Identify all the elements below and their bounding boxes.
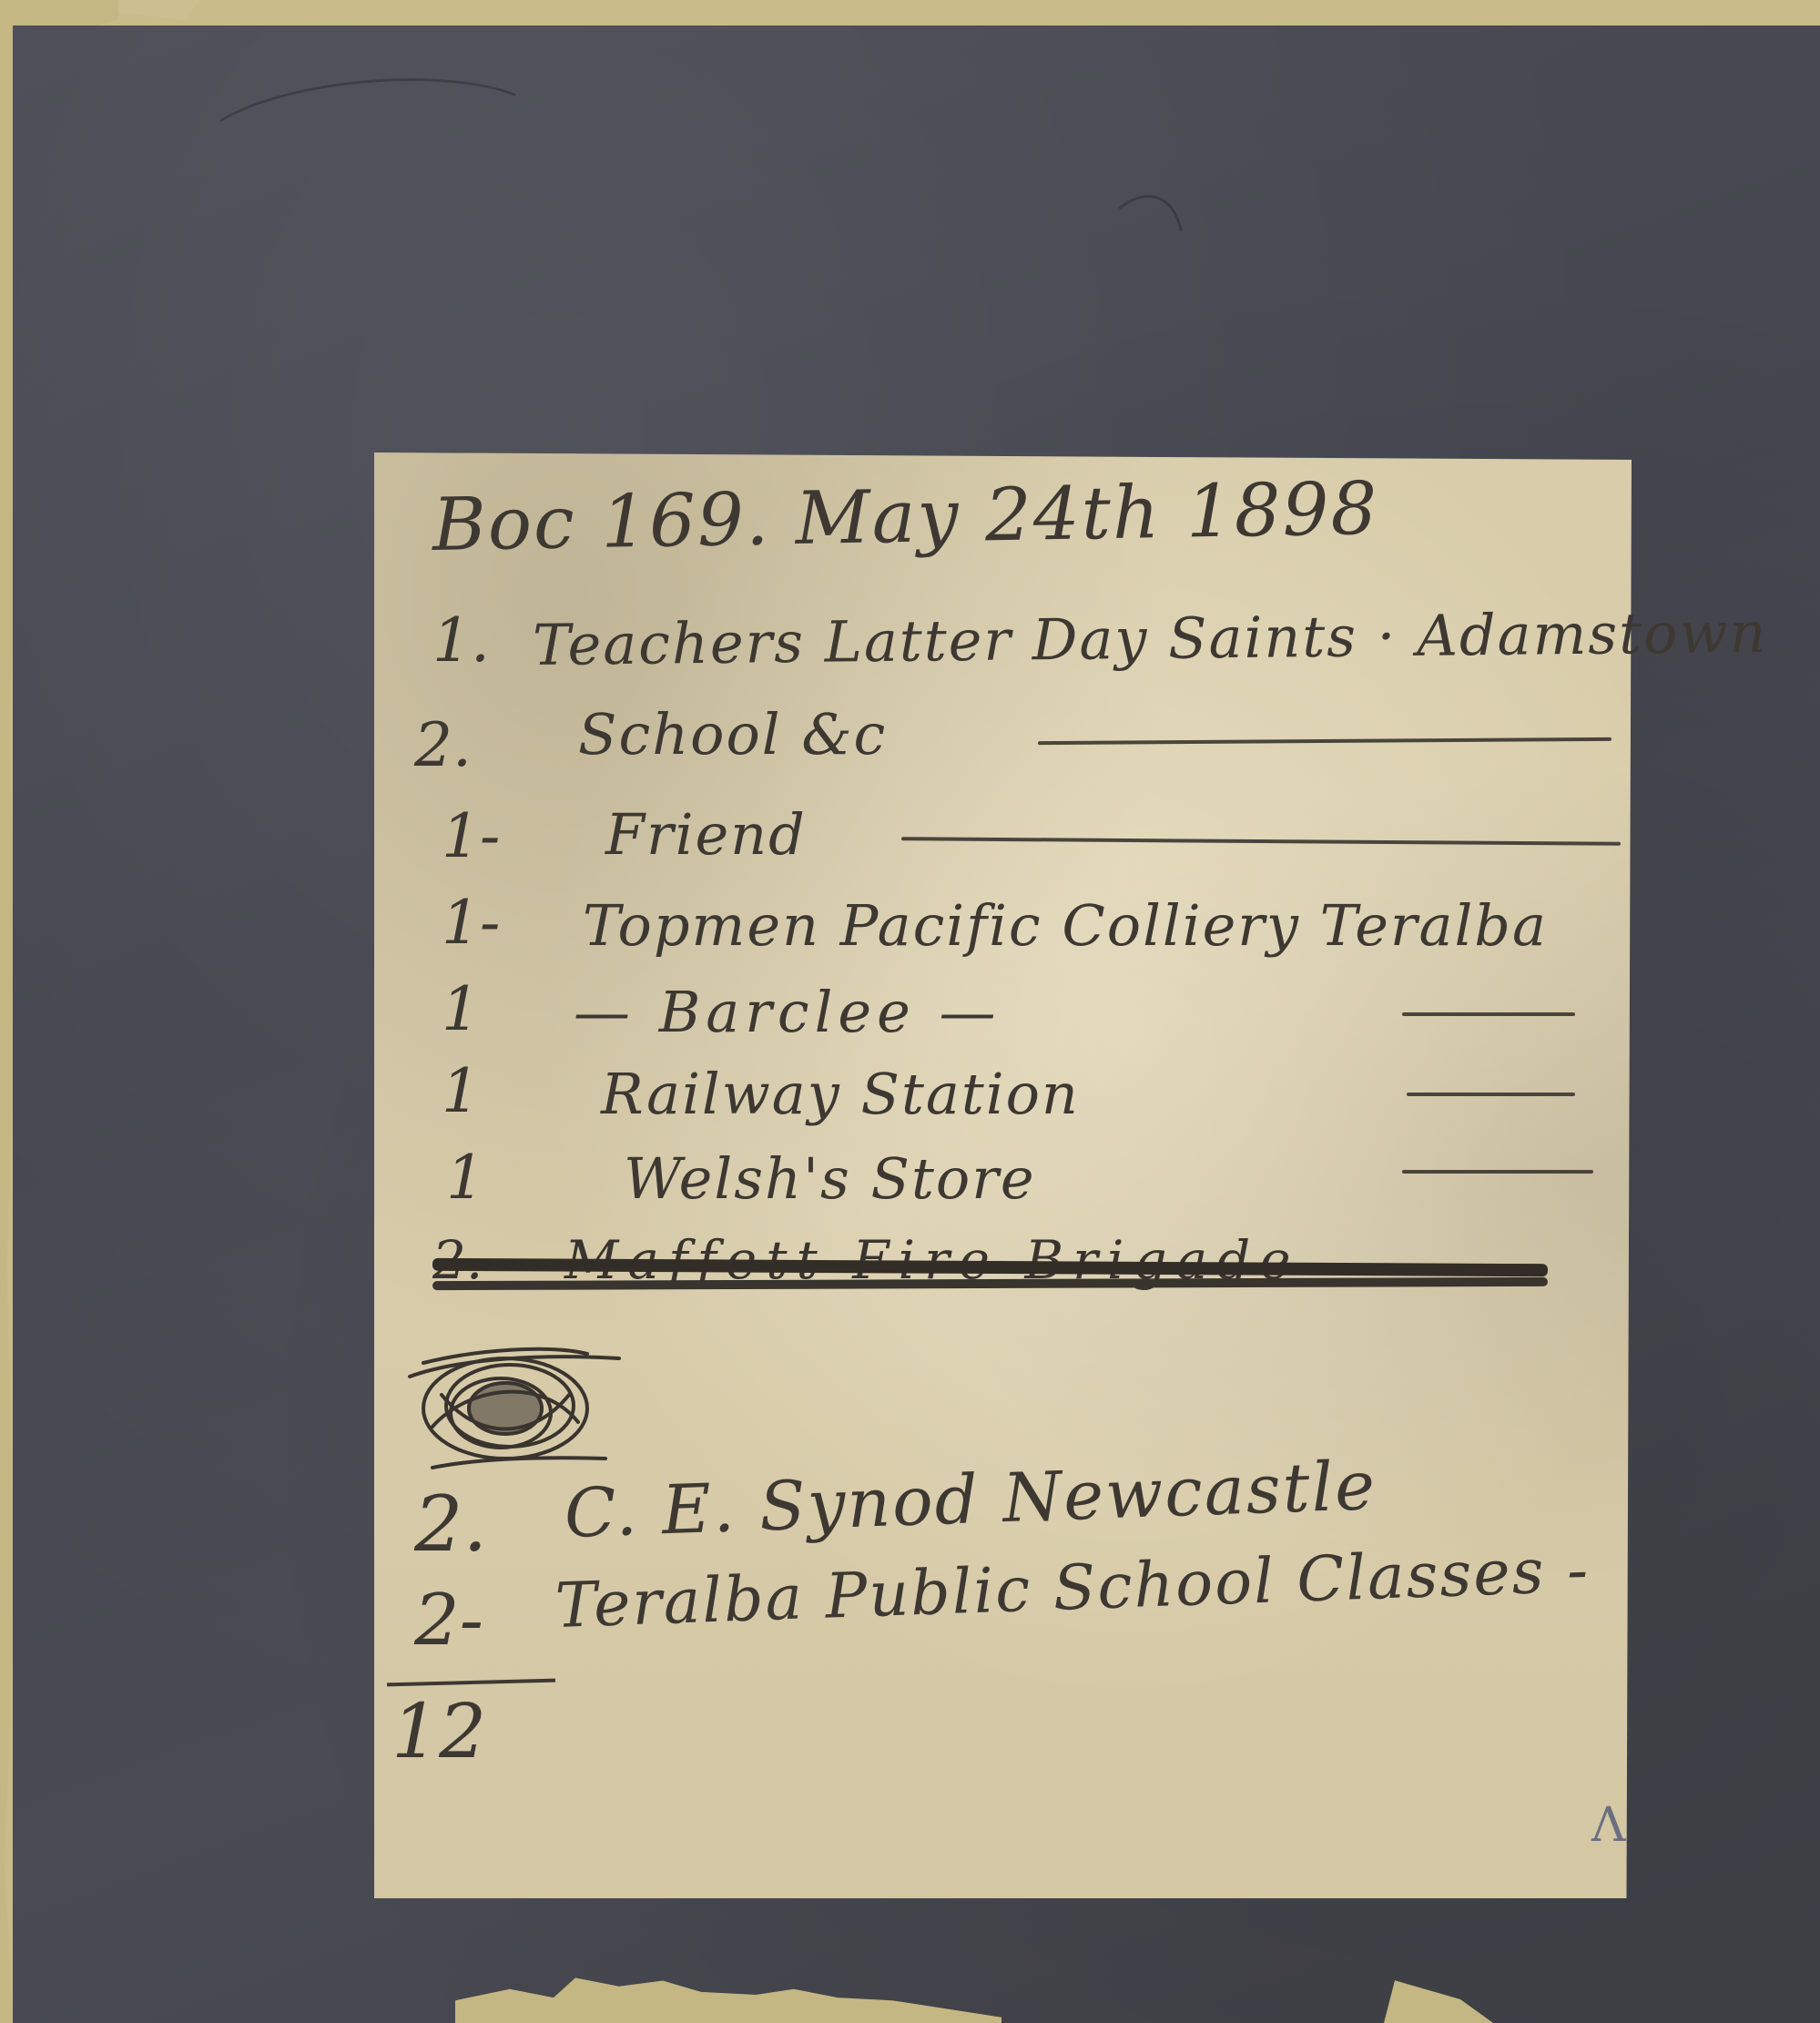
item-quantity: 1 (442, 974, 480, 1044)
list-item: Friend (605, 801, 807, 868)
item-quantity: 1 (442, 1056, 480, 1126)
dash-line (1402, 1012, 1575, 1016)
item-quantity: 1- (442, 888, 500, 958)
dash-line (1407, 1093, 1575, 1096)
pencil-corner-mark: Λ (1591, 1798, 1628, 1853)
list-item: Railway Station (601, 1061, 1080, 1127)
item-quantity: 2- (414, 1580, 483, 1662)
board-scuff-mark (190, 65, 551, 209)
list-item: — Barclee — (574, 979, 1002, 1045)
item-quantity: 1 (446, 1143, 484, 1213)
document-header: Boc 169. May 24th 1898 (432, 466, 1379, 567)
dash-line (1402, 1170, 1593, 1174)
torn-edge-top (118, 0, 200, 20)
list-item: Welsh's Store (624, 1145, 1036, 1212)
item-quantity: 1- (442, 801, 500, 871)
board-scuff-mark (1022, 177, 1212, 443)
total-count: 12 (391, 1689, 486, 1775)
item-quantity: 2. (414, 710, 472, 780)
item-quantity: 1. (432, 605, 490, 676)
item-quantity: 2. (414, 1479, 487, 1569)
list-item: School &c (578, 701, 887, 768)
list-item: Topmen Pacific Colliery Teralba (583, 892, 1548, 959)
list-item: Teachers Latter Day Saints · Adamstown (533, 599, 1768, 678)
ink-scribble (405, 1340, 660, 1477)
